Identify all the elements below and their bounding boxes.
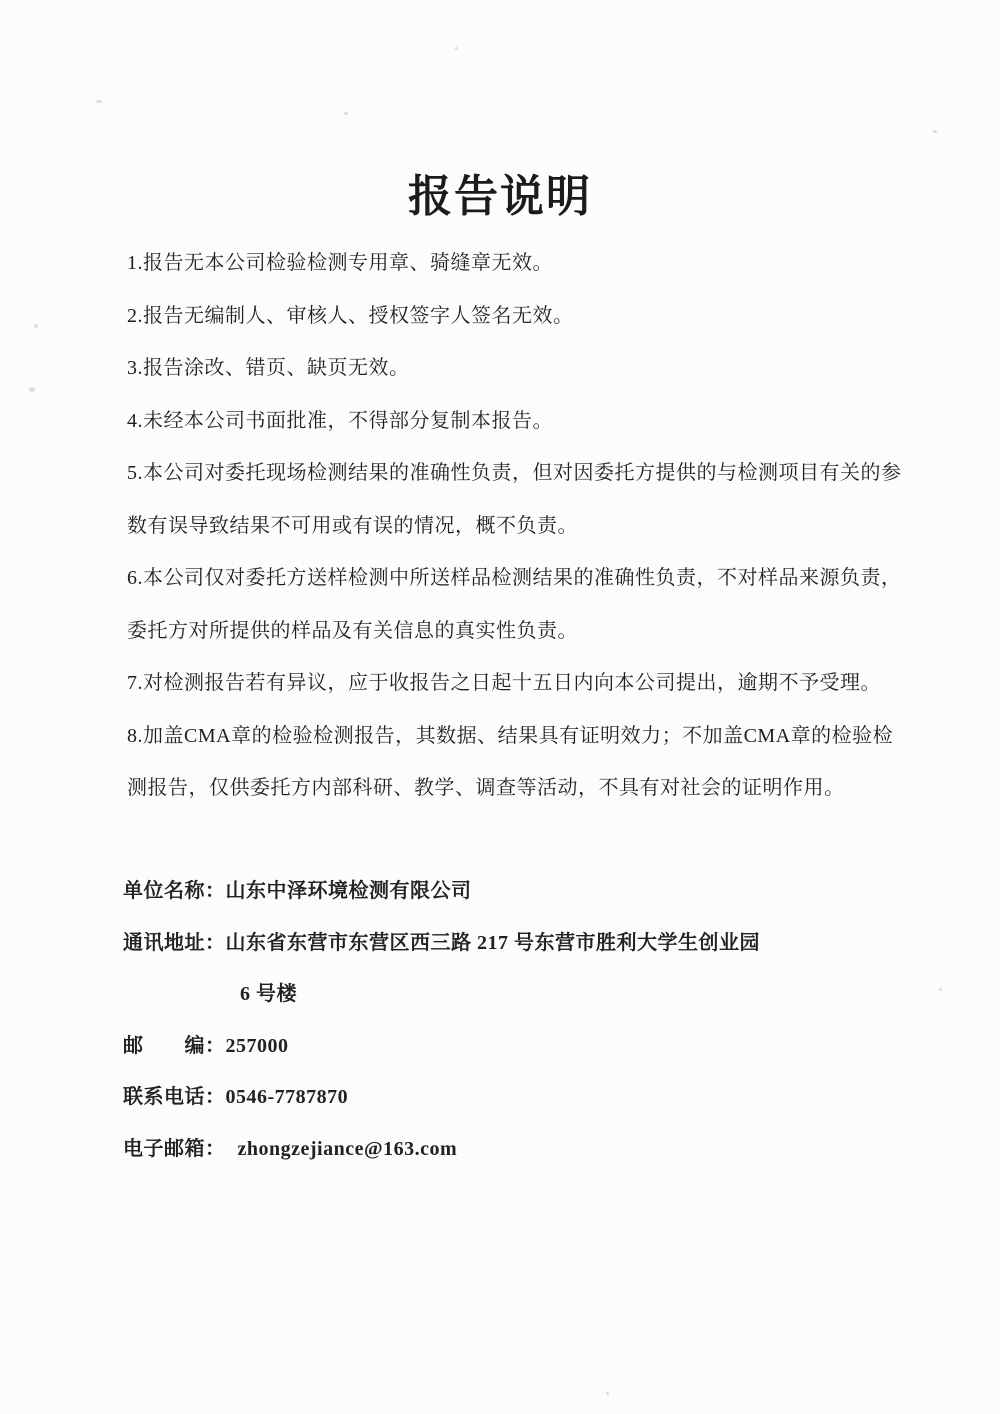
note-line: 测报告，仅供委托方内部科研、教学、调查等活动，不具有对社会的证明作用。 bbox=[127, 762, 897, 815]
info-line-email: 电子邮箱：zhongzejiance@163.com bbox=[123, 1124, 903, 1176]
note-line: 数有误导致结果不可用或有误的情况，概不负责。 bbox=[127, 500, 897, 553]
info-line-postcode: 邮 编：257000 bbox=[123, 1021, 903, 1073]
note-line: 2.报告无编制人、审核人、授权签字人签名无效。 bbox=[127, 290, 897, 343]
company-name: 山东中泽环境检测有限公司 bbox=[226, 880, 472, 902]
note-line: 委托方对所提供的样品及有关信息的真实性负责。 bbox=[127, 605, 897, 658]
info-label: 联系电话： bbox=[123, 1086, 226, 1108]
note-line: 8.加盖CMA章的检验检测报告，其数据、结果具有证明效力；不加盖CMA章的检验检 bbox=[127, 710, 897, 763]
info-line-address: 通讯地址：山东省东营市东营区西三路 217 号东营市胜利大学生创业园 bbox=[123, 918, 903, 970]
info-label: 单位名称： bbox=[123, 880, 226, 902]
note-line: 5.本公司对委托现场检测结果的准确性负责，但对因委托方提供的与检测项目有关的参 bbox=[127, 447, 897, 500]
postcode-value: 257000 bbox=[226, 1035, 289, 1057]
scan-speckle bbox=[933, 130, 937, 133]
info-label: 通讯地址： bbox=[123, 932, 226, 954]
note-line: 4.未经本公司书面批准，不得部分复制本报告。 bbox=[127, 395, 897, 448]
scan-speckle bbox=[606, 1392, 609, 1395]
note-line: 1.报告无本公司检验检测专用章、骑缝章无效。 bbox=[127, 237, 897, 290]
note-line: 3.报告涂改、错页、缺页无效。 bbox=[127, 342, 897, 395]
report-notes: 1.报告无本公司检验检测专用章、骑缝章无效。 2.报告无编制人、审核人、授权签字… bbox=[127, 237, 897, 815]
scan-speckle bbox=[344, 112, 348, 115]
info-line-phone: 联系电话：0546-7787870 bbox=[123, 1072, 903, 1124]
info-line-address-cont: 6 号楼 bbox=[123, 969, 903, 1021]
document-page: 报告说明 1.报告无本公司检验检测专用章、骑缝章无效。 2.报告无编制人、审核人… bbox=[0, 0, 1000, 1414]
email-value: zhongzejiance@163.com bbox=[238, 1138, 458, 1160]
info-label: 邮 编： bbox=[123, 1035, 226, 1057]
scan-speckle bbox=[96, 100, 102, 103]
info-line-company: 单位名称：山东中泽环境检测有限公司 bbox=[123, 866, 903, 918]
note-line: 6.本公司仅对委托方送样检测中所送样品检测结果的准确性负责，不对样品来源负责， bbox=[127, 552, 897, 605]
scan-speckle bbox=[34, 324, 38, 328]
address-value-cont: 6 号楼 bbox=[240, 983, 297, 1005]
scan-speckle bbox=[29, 387, 35, 392]
scan-speckle bbox=[455, 47, 458, 50]
note-line: 7.对检测报告若有异议，应于收报告之日起十五日内向本公司提出，逾期不予受理。 bbox=[127, 657, 897, 710]
info-label: 电子邮箱： bbox=[123, 1138, 226, 1160]
address-value: 山东省东营市东营区西三路 217 号东营市胜利大学生创业园 bbox=[226, 932, 761, 954]
page-title: 报告说明 bbox=[0, 160, 1000, 224]
contact-info: 单位名称：山东中泽环境检测有限公司 通讯地址：山东省东营市东营区西三路 217 … bbox=[123, 866, 903, 1175]
scan-speckle bbox=[939, 988, 942, 991]
phone-value: 0546-7787870 bbox=[226, 1086, 349, 1108]
